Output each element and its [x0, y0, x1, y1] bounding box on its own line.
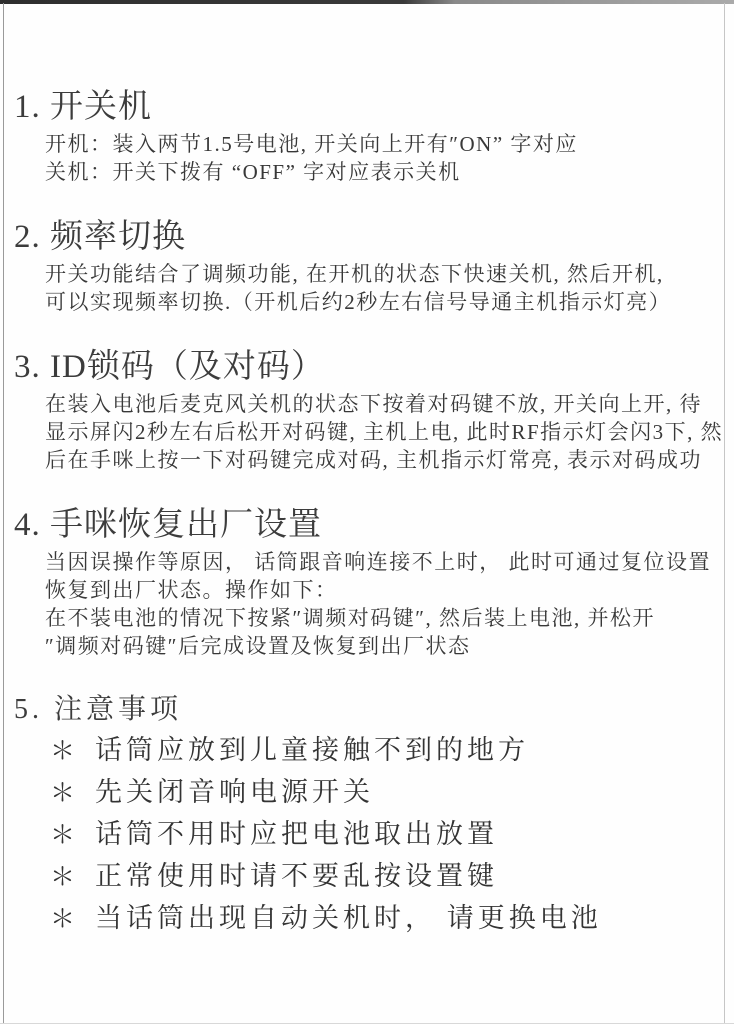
asterisk-bullet-marker: ＊ [50, 900, 79, 940]
bullet-item: ＊ 正常使用时请不要乱按设置键 [50, 856, 710, 898]
body-line: 关机：开关下拨有 “OFF” 字对应表示关机 [45, 158, 710, 186]
section-factory-reset: 4. 手咪恢复出厂设置 当因误操作等原因， 话筒跟音响连接不上时， 此时可通过复… [14, 506, 710, 660]
asterisk-bullet-marker: ＊ [50, 732, 79, 772]
section-id-lock-code-body: 在装入电池后麦克风关机的状态下按着对码键不放, 开关向上开, 待 显示屏闪2秒左… [14, 390, 710, 474]
bullet-item: ＊ 话筒应放到儿童接触不到的地方 [50, 730, 710, 772]
section-power-switch-heading: 1. 开关机 [14, 88, 710, 126]
bullet-item: ＊ 先关闭音响电源开关 [50, 772, 710, 814]
section-frequency-switch: 2. 频率切换 开关功能结合了调频功能, 在开机的状态下快速关机, 然后开机, … [14, 218, 710, 316]
section-frequency-switch-body: 开关功能结合了调频功能, 在开机的状态下快速关机, 然后开机, 可以实现频率切换… [14, 260, 710, 316]
asterisk-bullet-marker: ＊ [50, 774, 79, 814]
section-power-switch: 1. 开关机 开机：装入两节1.5号电池, 开关向上开有″ON” 字对应 关机：… [14, 88, 710, 186]
body-line: 在不装电池的情况下按紧″调频对码键″, 然后装上电池, 并松开 [45, 604, 710, 632]
bullet-item: ＊ 话筒不用时应把电池取出放置 [50, 814, 710, 856]
bullet-text: 当话筒出现自动关机时， 请更换电池 [95, 898, 602, 938]
section-power-switch-body: 开机：装入两节1.5号电池, 开关向上开有″ON” 字对应 关机：开关下拨有 “… [14, 130, 710, 186]
precautions-list: ＊ 话筒应放到儿童接触不到的地方 ＊ 先关闭音响电源开关 ＊ 话筒不用时应把电池… [14, 730, 710, 940]
body-line: 后在手咪上按一下对码键完成对码, 主机指示灯常亮, 表示对码成功 [45, 446, 710, 474]
bullet-item: ＊ 当话筒出现自动关机时， 请更换电池 [50, 898, 710, 940]
page-content: 1. 开关机 开机：装入两节1.5号电池, 开关向上开有″ON” 字对应 关机：… [0, 0, 734, 940]
bullet-text: 话筒应放到儿童接触不到的地方 [95, 730, 529, 770]
body-line: 恢复到出厂状态。操作如下： [45, 576, 710, 604]
section-frequency-switch-heading: 2. 频率切换 [14, 218, 710, 256]
asterisk-bullet-marker: ＊ [50, 816, 79, 856]
section-precautions-heading: 5. 注意事项 [14, 692, 710, 728]
body-line: 显示屏闪2秒左右后松开对码键, 主机上电, 此时RF指示灯会闪3下, 然 [45, 418, 710, 446]
section-precautions: 5. 注意事项 ＊ 话筒应放到儿童接触不到的地方 ＊ 先关闭音响电源开关 ＊ 话… [14, 692, 710, 940]
body-line: 在装入电池后麦克风关机的状态下按着对码键不放, 开关向上开, 待 [45, 390, 710, 418]
section-id-lock-code-heading: 3. ID锁码（及对码） [14, 348, 710, 386]
section-factory-reset-heading: 4. 手咪恢复出厂设置 [14, 506, 710, 544]
bullet-text: 话筒不用时应把电池取出放置 [95, 814, 498, 854]
body-line: ″调频对码键″后完成设置及恢复到出厂状态 [45, 632, 710, 660]
manual-page: 1. 开关机 开机：装入两节1.5号电池, 开关向上开有″ON” 字对应 关机：… [0, 0, 734, 1024]
asterisk-bullet-marker: ＊ [50, 858, 79, 898]
body-line: 开机：装入两节1.5号电池, 开关向上开有″ON” 字对应 [45, 130, 710, 158]
section-factory-reset-body: 当因误操作等原因， 话筒跟音响连接不上时， 此时可通过复位设置 恢复到出厂状态。… [14, 548, 710, 660]
bullet-text: 先关闭音响电源开关 [95, 772, 374, 812]
body-line: 当因误操作等原因， 话筒跟音响连接不上时， 此时可通过复位设置 [45, 548, 710, 576]
body-line: 开关功能结合了调频功能, 在开机的状态下快速关机, 然后开机, [45, 260, 710, 288]
bullet-text: 正常使用时请不要乱按设置键 [95, 856, 498, 896]
section-id-lock-code: 3. ID锁码（及对码） 在装入电池后麦克风关机的状态下按着对码键不放, 开关向… [14, 348, 710, 474]
body-line: 可以实现频率切换.（开机后约2秒左右信号导通主机指示灯亮） [45, 288, 710, 316]
